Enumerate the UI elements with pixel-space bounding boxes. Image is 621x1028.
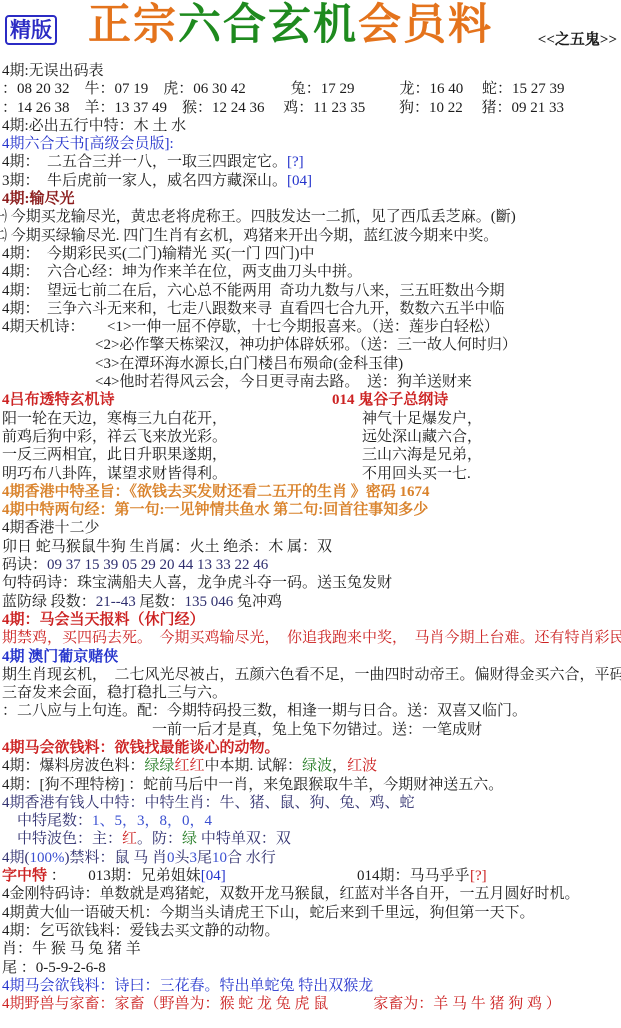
- text-segment: 4期： 望远七前二在后，六心总不能两用 奇功九数与八来，三五旺数出今期: [2, 283, 505, 299]
- text-segment: 期禁鸡，买四码去死。 今期买鸡输尽光， 你追我跑来中奖， 马肖今期上台难。还有特…: [2, 630, 621, 646]
- text-segment: 4期中特两句经：第一句:一见钟情共鱼水 第二句:回首往事知多少: [2, 502, 428, 518]
- line-poem-headers: 4吕布透特玄机诗014 鬼谷子总纲诗: [2, 391, 619, 409]
- line-shujinguang-1: ㈠ 今期买龙输尽光，黄忠老将虎称王。四肢发达一二抓，见了西瓜丢芝麻。(斷): [2, 208, 619, 226]
- line-poem-row-1: 阳一轮在天边，寒梅三九白花开，神气十足爆发户，: [2, 410, 619, 428]
- text-segment: 中特尾数：: [2, 813, 92, 829]
- text-segment: 不用回头买一七.: [362, 465, 471, 483]
- text-segment: 明巧布八卦阵，谋望求财皆得利。: [2, 466, 227, 482]
- text-segment: ，: [332, 758, 347, 774]
- text-segment: 4期 澳门葡京赌侠: [2, 649, 118, 665]
- text-segment: 4期马会欲钱料：欲钱找最能谈心的动物。: [2, 740, 280, 756]
- text-segment: 4期野兽与家畜：家畜（野兽为：猴 蛇 龙 兔 虎 鼠 家畜为：羊 马 牛 猪 狗…: [2, 996, 561, 1012]
- text-segment: 3期： 牛后虎前一家人，威名四方藏深山。: [2, 173, 287, 189]
- text-segment: 肖：牛 猴 马 兔 猪 羊: [2, 941, 141, 957]
- text-segment: <4>他时若得风云会，今日更寻南去路。 送：狗羊送财来: [95, 374, 472, 390]
- text-segment: 09 37 15 39 05 29 20 44 13 33 22 46: [47, 557, 268, 573]
- line-wei: 尾 ：0-5-9-2-6-8: [2, 959, 619, 977]
- text-segment: [?]: [470, 867, 487, 885]
- text-segment: 4期六合天书[高级会员版]:: [2, 136, 174, 152]
- page-header: 精版 正宗六合玄机会员料 <<之五鬼>>: [0, 0, 621, 62]
- line-youqianren: 4期香港有钱人中特：中特生肖：牛、猪、鼠、狗、兔、鸡、蛇: [2, 794, 619, 812]
- text-segment: 红波: [347, 758, 377, 774]
- document-body: 4期:无误出码表：08 20 32 牛：07 19 虎：06 30 42 兔：1…: [2, 62, 619, 1013]
- edition-badge: 精版: [5, 15, 57, 45]
- text-segment: 码诀：: [2, 557, 47, 573]
- line-liuhe-xinjing: 4期： 六合心经：坤为作来羊在位，两支曲刀头中拼。: [2, 263, 619, 281]
- text-segment: 句特码诗：珠宝满船夫人喜，龙争虎斗夺一码。送玉兔发财: [2, 575, 392, 591]
- text-segment: 前鸡后狗中彩，祥云飞来放光彩。: [2, 429, 227, 445]
- text-segment: 4期：爆料房波色料：: [2, 758, 145, 774]
- line-tianji-poem-1: 4期天机诗： <1>一伸一屈不停歇，十七今期报喜来。（送：莲步白轻松）: [2, 318, 619, 336]
- line-zodiac-row-2: ：14 26 38 羊：13 37 49 猴：12 24 36 鸡：11 23 …: [2, 99, 619, 117]
- edition-label: <<之五鬼>>: [538, 28, 617, 49]
- line-codes-table-title: 4期:无误出码表: [2, 62, 619, 80]
- text-segment: 神气十足爆发户，: [362, 410, 482, 428]
- line-sanzheng: 4期： 三争六斗无来和，七走八跟数来寻 直看四七合九开，数数六五半中临: [2, 300, 619, 318]
- text-segment: 0: [167, 850, 175, 866]
- text-segment: 合 水行: [227, 850, 276, 866]
- line-heaven-book-13: 3期： 牛后虎前一家人，威名四方藏深山。[04]: [2, 172, 619, 190]
- line-shengzhi: 4期香港中特圣旨：《欲钱去买发财还看二五开的生肖 》密码 1674: [2, 483, 619, 501]
- line-qigai: 4期：乞丐欲钱料：爱钱去买文静的动物。: [2, 922, 619, 940]
- text-segment: 4期:必出五行中特：木 土 水: [2, 118, 186, 134]
- line-yuqian-poem: 4期马会欲钱料：诗曰：三花春。特出单蛇兔 特出双猴龙: [2, 977, 619, 995]
- text-segment: 4期：[狗不理特榜] ：蛇前马后中一肖，来兔跟猴取牛羊，今期财神送五六。: [2, 777, 503, 793]
- text-segment: 。防：: [137, 831, 182, 847]
- line-shiershao: 4期香港十二少: [2, 519, 619, 537]
- line-heaven-book-14: 4期： 二五合三并一八，一取三四跟定它。[?]: [2, 153, 619, 171]
- line-duxia-3: ：二八应与上句连。配：今期特码投三数，相逢一期与日合。送：双喜又临门。: [2, 702, 619, 720]
- text-segment: 014 鬼谷子总纲诗: [332, 391, 448, 409]
- text-segment: [?]: [287, 154, 304, 170]
- text-segment: 尾: [197, 850, 212, 866]
- text-segment: 3: [190, 850, 198, 866]
- text-segment: 蓝防绿 段数：: [2, 594, 96, 610]
- line-zhongte-bose: 中特波色：主：红。防：绿 中特单双：双: [2, 830, 619, 848]
- line-maori: 卯日 蛇马猴鼠牛狗 生肖属：火土 绝杀：木 属：双: [2, 538, 619, 556]
- text-segment: 红: [122, 831, 137, 847]
- line-yuqian-tanxin: 4期马会欲钱料：欲钱找最能谈心的动物。: [2, 739, 619, 757]
- line-juteima: 句特码诗：珠宝满船夫人喜，龙争虎斗夺一码。送玉兔发财: [2, 574, 619, 592]
- line-mahui-baoliao: 4期：马会当天报料（休门经）: [2, 611, 619, 629]
- text-segment: 4期:无误出码表: [2, 63, 104, 79]
- line-zhongte-weishu: 中特尾数：1、5，3，8，0，4: [2, 812, 619, 830]
- text-segment: 135 046: [185, 594, 234, 610]
- text-segment: 三奋发来会面，稳打稳扎三与六。: [2, 685, 227, 701]
- text-segment: 卯日 蛇马猴鼠牛狗 生肖属：火土 绝杀：木 属：双: [2, 539, 332, 555]
- text-segment: 三山六海是兄弟，: [362, 446, 482, 464]
- text-segment: 21--43: [96, 594, 136, 610]
- text-segment: 1、5，3，8，0，4: [92, 813, 212, 829]
- line-goubuli: 4期：[狗不理特榜] ：蛇前马后中一肖，来兔跟猴取牛羊，今期财神送五六。: [2, 776, 619, 794]
- text-segment: 013期：兄弟姐妹: [88, 868, 201, 884]
- text-segment: 4期：乞丐欲钱料：爱钱去买文静的动物。: [2, 923, 280, 939]
- line-poem-row-4: 明巧布八卦阵，谋望求财皆得利。不用回头买一七.: [2, 465, 619, 483]
- line-poem-row-3: 一反三两相宜，此日升职果遂期，三山六海是兄弟，: [2, 446, 619, 464]
- text-segment: 10: [212, 850, 227, 866]
- text-segment: 远处深山藏六合，: [362, 428, 482, 446]
- text-segment: 4期马会欲钱料：诗曰：三花春。特出单蛇兔 特出双猴龙: [2, 978, 373, 994]
- line-jinliao: 4期(100%)禁料：鼠 马 肖0头3尾10合 水行: [2, 849, 619, 867]
- text-segment: 014期：马马乎乎: [357, 867, 470, 885]
- text-segment: <2>必作擎天栋梁汉，神功护体辟妖邪。（送：三一故人何时归）: [95, 337, 517, 353]
- text-segment: 4期： 二五合三并一八，一取三四跟定它。: [2, 154, 287, 170]
- text-segment: 兔冲鸡: [233, 594, 282, 610]
- line-caimin-doors: 4期： 今期彩民买(二门)输精光 买(一门 四门)中: [2, 245, 619, 263]
- text-segment: 中特波色：主：: [2, 831, 122, 847]
- text-segment: 4期香港中特圣旨：《欲钱去买发财还看二五开的生肖 》密码 1674: [2, 484, 430, 500]
- text-segment: 一反三两相宜，此日升职果遂期，: [2, 447, 227, 463]
- line-jingang-poem: 4金刚特码诗：单数就是鸡猪蛇，双数开龙马猴鼠，红蓝对半各自开，一五月圆好时机。: [2, 885, 619, 903]
- line-majue: 码诀：09 37 15 39 05 29 20 44 13 33 22 46: [2, 556, 619, 574]
- page-title: 正宗六合玄机会员料: [88, 0, 493, 56]
- line-yeshou-jiachu: 4期野兽与家畜：家畜（野兽为：猴 蛇 龙 兔 虎 鼠 家畜为：羊 马 牛 猪 狗…: [2, 995, 619, 1013]
- line-xiao: 肖：牛 猴 马 兔 猪 羊: [2, 940, 619, 958]
- text-segment: 头: [175, 850, 190, 866]
- text-segment: 尾数：: [136, 594, 185, 610]
- text-segment: 4期香港十二少: [2, 520, 100, 536]
- text-segment: 100%: [30, 850, 65, 866]
- text-segment: [04]: [287, 173, 312, 189]
- title-segment: 会员料: [358, 2, 493, 49]
- text-segment: 阳一轮在天边，寒梅三九白花开，: [2, 411, 227, 427]
- text-segment: 4期：马会当天报料（休门经）: [2, 612, 205, 628]
- text-segment: 绿: [182, 831, 197, 847]
- text-segment: 4期： 今期彩民买(二门)输精光 买(一门 四门)中: [2, 246, 314, 262]
- text-segment: 4期黄大仙一语破天机：今期当头请虎王下山，蛇后来到千里远，狗但第一天下。: [2, 905, 535, 921]
- line-poem-row-2: 前鸡后狗中彩，祥云飞来放光彩。远处深山藏六合，: [2, 428, 619, 446]
- line-heaven-book-title: 4期六合天书[高级会员版]:: [2, 135, 619, 153]
- text-segment: 4期天机诗： <1>一伸一屈不停歇，十七今期报喜来。（送：莲步白轻松）: [2, 319, 499, 335]
- text-segment: 4吕布透特玄机诗: [2, 392, 115, 408]
- text-segment: 4期:输尽光: [2, 191, 75, 207]
- line-huangdaxian: 4期黄大仙一语破天机：今期当头请虎王下山，蛇后来到千里远，狗但第一天下。: [2, 904, 619, 922]
- line-zodiac-row-1: ：08 20 32 牛：07 19 虎：06 30 42 兔：17 29 龙：1…: [2, 80, 619, 98]
- text-segment: 绿绿: [145, 758, 175, 774]
- text-segment: ㈡ 今期买绿输尽光. 四门生肖有玄机，鸡猪来开出今期，蓝红波今期来中奖。: [0, 228, 498, 244]
- line-tianji-poem-3: <3>在潭环海水源长,白门楼吕布殒命(金科玉律): [2, 355, 619, 373]
- text-segment: 4期香港有钱人中特：中特生肖：牛、猪、鼠、狗、兔、鸡、蛇: [2, 795, 415, 811]
- text-segment: 4期(: [2, 850, 30, 866]
- line-boseliao: 4期：爆料房波色料：绿绿红红中本期. 试解：绿波，红波: [2, 757, 619, 775]
- text-segment: ：08 20 32 牛：07 19 虎：06 30 42 兔：17 29 龙：1…: [2, 81, 565, 97]
- lottery-tip-sheet: 精版 正宗六合玄机会员料 <<之五鬼>> 4期:无误出码表：08 20 32 牛…: [0, 0, 621, 1028]
- title-segment: 正宗: [88, 2, 178, 49]
- text-segment: 绿波: [302, 758, 332, 774]
- line-shujinguang-2: ㈡ 今期买绿输尽光. 四门生肖有玄机，鸡猪来开出今期，蓝红波今期来中奖。: [2, 227, 619, 245]
- text-segment: )禁料：鼠 马 肖: [65, 850, 168, 866]
- line-zizhongte: 字中特 ： 013期：兄弟姐妹[04]014期：马马乎乎[?]: [2, 867, 619, 885]
- text-segment: ㈠ 今期买龙输尽光，黄忠老将虎称王。四肢发达一二抓，见了西瓜丢芝麻。(斷): [0, 209, 516, 225]
- line-wangyuan: 4期： 望远七前二在后，六心总不能两用 奇功九数与八来，三五旺数出今期: [2, 282, 619, 300]
- line-lanfanglv: 蓝防绿 段数：21--43 尾数：135 046 兔冲鸡: [2, 593, 619, 611]
- text-segment: 中本期. 试解：: [205, 758, 303, 774]
- text-segment: 4期： 六合心经：坤为作来羊在位，两支曲刀头中拼。: [2, 264, 362, 280]
- text-segment: 中特单双：双: [197, 831, 291, 847]
- text-segment: 红红: [175, 758, 205, 774]
- line-tianji-poem-2: <2>必作擎天栋梁汉，神功护体辟妖邪。（送：三一故人何时归）: [2, 336, 619, 354]
- line-liangjujing: 4期中特两句经：第一句:一见钟情共鱼水 第二句:回首往事知多少: [2, 501, 619, 519]
- line-duxia-4: 一前一后才是真，兔上兔下勿错过。送：一笔成财: [2, 721, 619, 739]
- text-segment: ：二八应与上句连。配：今期特码投三数，相逢一期与日合。送：双喜又临门。: [2, 703, 527, 719]
- line-tianji-poem-4: <4>他时若得风云会，今日更寻南去路。 送：狗羊送财来: [2, 373, 619, 391]
- line-jinji: 期禁鸡，买四码去死。 今期买鸡输尽光， 你追我跑来中奖， 马肖今期上台难。还有特…: [2, 629, 619, 647]
- title-segment: 六合玄机: [178, 2, 358, 49]
- text-segment: ：: [47, 868, 88, 884]
- line-duxia-1: 期生肖现玄机， 二七风光尽被占，五颜六色看不足，一曲四时动帝王。偏财得金买六合，…: [2, 666, 619, 684]
- line-aomen-duxia: 4期 澳门葡京赌侠: [2, 648, 619, 666]
- line-duxia-2: 三奋发来会面，稳打稳扎三与六。: [2, 684, 619, 702]
- text-segment: 一前一后才是真，兔上兔下勿错过。送：一笔成财: [152, 722, 482, 738]
- text-segment: 4期： 三争六斗无来和，七走八跟数来寻 直看四七合九开，数数六五半中临: [2, 301, 505, 317]
- text-segment: 期生肖现玄机， 二七风光尽被占，五颜六色看不足，一曲四时动帝王。偏财得金买六合，…: [2, 667, 621, 683]
- line-five-elements: 4期:必出五行中特：木 土 水: [2, 117, 619, 135]
- text-segment: 字中特: [2, 868, 47, 884]
- text-segment: 4金刚特码诗：单数就是鸡猪蛇，双数开龙马猴鼠，红蓝对半各自开，一五月圆好时机。: [2, 886, 580, 902]
- text-segment: ：14 26 38 羊：13 37 49 猴：12 24 36 鸡：11 23 …: [2, 100, 564, 116]
- text-segment: <3>在潭环海水源长,白门楼吕布殒命(金科玉律): [95, 356, 403, 372]
- text-segment: [04]: [201, 868, 226, 884]
- text-segment: 尾 ：0-5-9-2-6-8: [2, 960, 106, 976]
- line-shujinguang-title: 4期:输尽光: [2, 190, 619, 208]
